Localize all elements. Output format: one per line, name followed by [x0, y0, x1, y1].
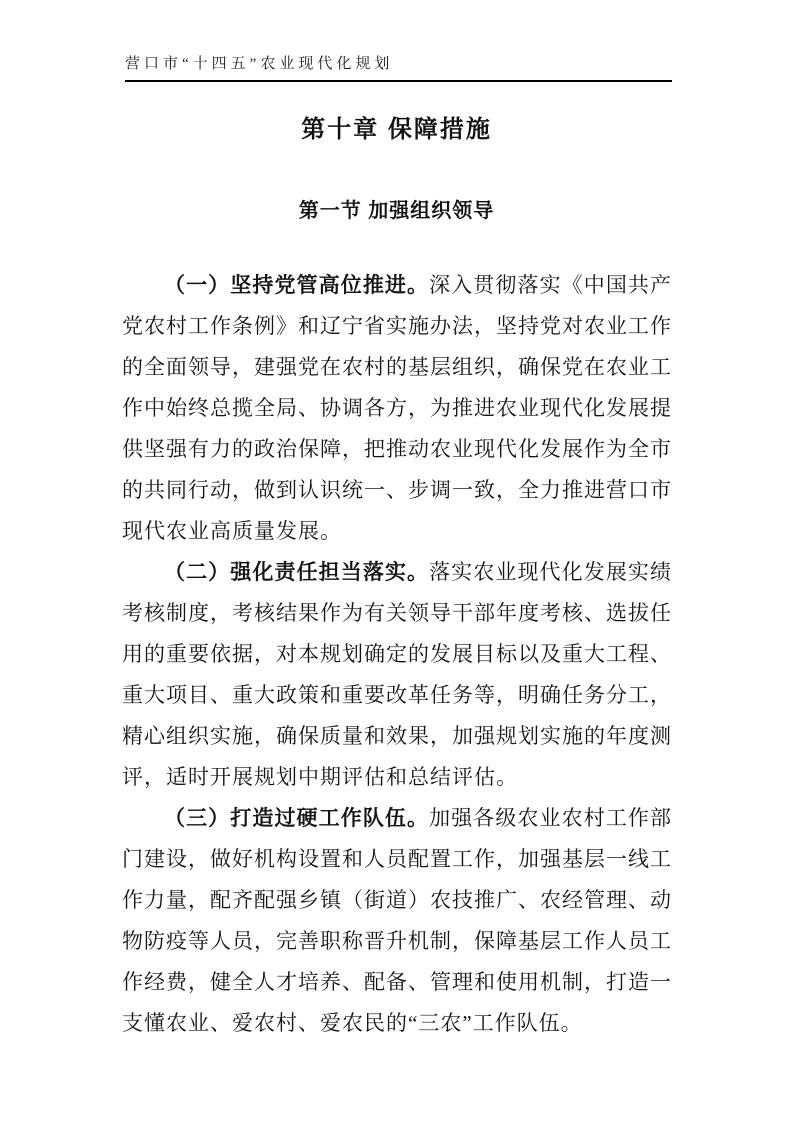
document-page: 营口市“十四五”农业现代化规划 第十章 保障措施 第一节 加强组织领导 （一）坚…: [0, 0, 793, 1122]
paragraph-3-lead: （三）打造过硬工作队伍。: [164, 806, 429, 830]
paragraph-2-lead: （二）强化责任担当落实。: [164, 560, 429, 584]
section-title: 第一节 加强组织领导: [0, 194, 793, 223]
paragraph-3: （三）打造过硬工作队伍。加强各级农业农村工作部门建设，做好机构设置和人员配置工作…: [122, 798, 672, 1044]
page-header: 营口市“十四五”农业现代化规划: [125, 52, 672, 82]
chapter-title: 第十章 保障措施: [0, 109, 793, 144]
paragraph-2-text: 落实农业现代化发展实绩考核制度，考核结果作为有关领导干部年度考核、选拔任用的重要…: [122, 560, 672, 789]
paragraph-1-lead: （一）坚持党管高位推进。: [164, 273, 429, 297]
paragraph-2: （二）强化责任担当落实。落实农业现代化发展实绩考核制度，考核结果作为有关领导干部…: [122, 552, 672, 798]
paragraph-1: （一）坚持党管高位推进。深入贯彻落实《中国共产党农村工作条例》和辽宁省实施办法，…: [122, 265, 672, 552]
running-header-title: 营口市“十四五”农业现代化规划: [125, 56, 393, 72]
document-body: （一）坚持党管高位推进。深入贯彻落实《中国共产党农村工作条例》和辽宁省实施办法，…: [122, 265, 672, 1044]
paragraph-3-text: 加强各级农业农村工作部门建设，做好机构设置和人员配置工作，加强基层一线工作力量，…: [122, 806, 672, 1035]
paragraph-1-text: 深入贯彻落实《中国共产党农村工作条例》和辽宁省实施办法，坚持党对农业工作的全面领…: [122, 273, 672, 543]
